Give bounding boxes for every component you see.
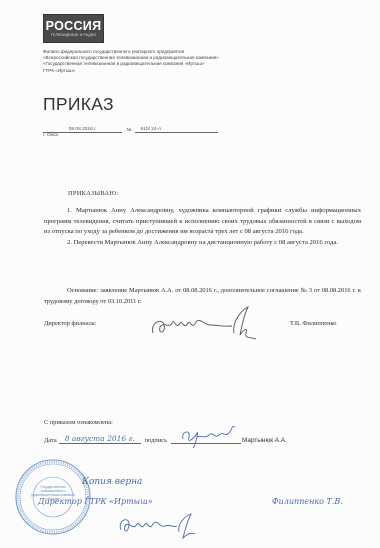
order-number: 610/ 24-л	[135, 127, 218, 133]
date-number-line: 08.08.2016 г. № 610/ 24-л	[43, 127, 218, 133]
ack-signature-field	[171, 433, 241, 444]
ack-employee-name: Мартынюк А.А.	[242, 437, 287, 444]
employee-signature-icon	[179, 423, 239, 449]
logo-main-text: РОССИЯ	[46, 20, 102, 33]
certifier-name: Филиппенко Т.В.	[272, 497, 343, 506]
number-label: №	[126, 128, 131, 133]
director-label: Директор филиала:	[44, 320, 96, 327]
acknowledgement-line: Дата 8 августа 2016 г. подпись Мартынюк …	[44, 433, 287, 444]
order-heading: ПРИКАЗЫВАЮ:	[68, 190, 118, 197]
certifier-title: Директор ГТРК «Иртыш»	[38, 497, 153, 506]
organization-header: Филиал федерального государственного уни…	[43, 49, 273, 74]
ack-date-handwritten: 8 августа 2016 г.	[59, 434, 141, 444]
acknowledgement-label: С приказом ознакомлена:	[44, 419, 113, 426]
city: г. Омск	[43, 133, 58, 138]
org-line: ГТРК «Иртыш»	[43, 68, 273, 74]
logo-sub-text: ТЕЛЕВИДЕНИЕ И РАДИО	[51, 33, 97, 38]
certified-copy-text: Копия верна	[82, 477, 142, 487]
document-page: РОССИЯ ТЕЛЕВИДЕНИЕ И РАДИО Филиал федера…	[0, 0, 380, 548]
director-signature-icon	[148, 303, 273, 348]
ack-signature-label: подпись	[145, 437, 167, 444]
order-item-1: 1. Мартынюк Анну Александровну, художник…	[44, 206, 361, 238]
document-title: ПРИКАЗ	[43, 94, 114, 115]
ack-date-label: Дата	[44, 437, 57, 444]
order-items: 1. Мартынюк Анну Александровну, художник…	[44, 206, 361, 248]
certifier-signature-icon	[115, 510, 205, 544]
director-name: Т.В. Филиппенко	[290, 320, 336, 327]
order-item-2: 2. Перевести Мартынюк Анну Александровну…	[44, 238, 361, 249]
russia-tv-logo: РОССИЯ ТЕЛЕВИДЕНИЕ И РАДИО	[43, 14, 104, 43]
